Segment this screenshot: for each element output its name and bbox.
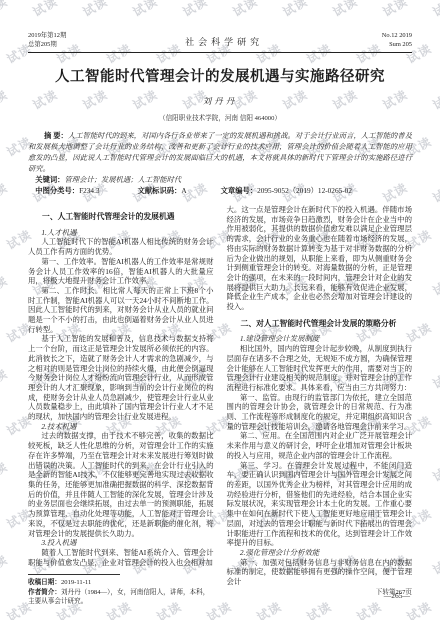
abstract-label: 摘 要： (44, 131, 68, 140)
issue-info-cn: 2019年第12期 总第205期 (28, 31, 66, 49)
received-date-value: 2019-11-11 (61, 579, 91, 586)
right-column: 大。这一点是管理会计在新时代下的投入机遇。伴随市场经济的发展，市场竞争日趋激烈，… (227, 205, 413, 607)
article-id-label: 文章编号： (221, 186, 257, 195)
paragraph: 第二、应用。在全国范围内对企业广泛开展管理会计未来作用与意义的研讨会，呼吁企业增… (227, 431, 413, 460)
keywords-label: 关键词： (35, 175, 64, 184)
paragraph: 第一、监管。由现行的监管部门为依托，建立全国范围内的管理会计协会，就管理会计的日… (227, 393, 413, 432)
article-id-value: 2095-9052（2019）12-0265-02 (257, 186, 352, 195)
clc-value: F234.3 (79, 186, 99, 195)
journal-name: 社会科学研究 (185, 35, 263, 49)
clc-label: 中图分类号： (35, 186, 79, 195)
subsection-heading: 3.投入机遇 (28, 538, 214, 548)
paragraph-continuation: 大。这一点是管理会计在新时代下的投入机遇。伴随市场经济的发展，市场竞争日趋激烈，… (227, 205, 413, 312)
body-columns: 一、人工智能时代管理会计的发展机遇 1.人才机遇 人工智能时代下的智能AI机器人… (28, 205, 412, 607)
article-id-segment: 文章编号：2095-9052（2019）12-0265-02 (221, 186, 352, 195)
paragraph: 第一、工作效率。智能AI机器人的工作效率是常规财务会计人员工作效率的16倍，智能… (28, 257, 214, 286)
subsection-heading: 2.强化管理会计分析效能 (227, 548, 413, 558)
keywords-line: 关键词：管理会计；发展机遇；人工智能时代 (28, 174, 412, 185)
author-affiliation: （信阳职业技术学院，河南 信阳 464000） (28, 112, 412, 122)
received-date-label: 收稿日期： (28, 579, 61, 586)
author-bio-line: 作者简介：刘丹丹（1984—），女，河南信阳人，讲师，本科，主要从事会计研究。 (28, 588, 214, 607)
trial-watermark: 试读 (0, 0, 11, 20)
received-date-line: 收稿日期：2019-11-11 (28, 578, 214, 588)
author-name: 刘丹丹 (28, 95, 412, 107)
left-column: 一、人工智能时代管理会计的发展机遇 1.人才机遇 人工智能时代下的智能AI机器人… (28, 205, 214, 607)
trial-watermark: 试读 (379, 0, 410, 20)
journal-header: 2019年第12期 总第205期 社会科学研究 No.12 2019 Sum 2… (28, 31, 412, 49)
paragraph: 第三、学习。在管理会计发展过程中，不能闭门造车，要正确认识到国内管理会计与国外管… (227, 461, 413, 548)
abstract: 摘 要：人工智能时代的到来，对国内各行各业带来了一定的发展机遇和挑战。对于会计行… (28, 130, 412, 174)
trial-watermark: 试读 (329, 0, 360, 20)
paragraph: 第二、工作时长。相比常人每天的正常上下班8个小时工作制，智能AI机器人可以一天2… (28, 286, 214, 335)
doc-code-value: A (181, 186, 186, 195)
classification-line: 中图分类号：F234.3文献标识码：A文章编号：2095-9052（2019）1… (28, 185, 412, 196)
paragraph: 基于人工智能的发展和普及，信息技术与数据支持将上一个台阶，而这正是管理会计发展所… (28, 334, 214, 421)
issue-sum-en: Sum 205 (382, 40, 412, 49)
trial-watermark: 试读 (29, 0, 60, 20)
issue-total-number: 总第205期 (28, 40, 66, 49)
author-bio-label: 作者简介： (28, 589, 61, 596)
section-heading-1: 一、人工智能时代管理会计的发展机遇 (28, 212, 214, 222)
paragraph: 第一、加强对包括财务信息与非财务信息在内的数据标准的制定，使数据能够拥有更强的操… (227, 558, 413, 587)
subsection-heading: 1.人才机遇 (28, 228, 214, 238)
section-heading-2: 二、对人工智能时代管理会计发展的策略分析 (227, 319, 413, 329)
abstract-text: 人工智能时代的到来，对国内各行各业带来了一定的发展机遇和挑战。对于会计行业而言，… (28, 131, 412, 173)
trial-watermark: 试读 (229, 0, 260, 20)
paragraph: 人工智能时代下的智能AI机器人相比传统的财务会计人员工作有两方面的优势。 (28, 237, 214, 256)
trial-watermark: 试读 (129, 0, 160, 20)
doc-code-segment: 文献标识码：A (138, 186, 187, 195)
issue-year-number: 2019年第12期 (28, 31, 66, 40)
paragraph: 过去的数据支撑，由于技术不够完善，收集的数据比较死板，缺乏人性化思维的分析，对管… (28, 431, 214, 538)
page-content: 2019年第12期 总第205期 社会科学研究 No.12 2019 Sum 2… (0, 31, 440, 607)
clc-segment: 中图分类号：F234.3 (35, 186, 99, 195)
paragraph: 相比国外，国内的管理会计起步较晚，从制度到执行层面存在诸多不合理之处，无规矩不成… (227, 344, 413, 393)
paragraph: 随着人工智能时代到来、智能AI系统介入、管理会计职能与价值愈发凸显，企业对管理会… (28, 548, 214, 567)
issue-info-en: No.12 2019 Sum 205 (382, 31, 412, 49)
trial-watermark: 试读 (429, 0, 440, 20)
doc-code-label: 文献标识码： (138, 186, 182, 195)
keywords-text: 管理会计；发展机遇；人工智能时代 (64, 175, 181, 184)
trial-watermark: 试读 (279, 0, 310, 20)
trial-watermark: 试读 (79, 0, 110, 20)
subsection-heading: 2.技术机遇 (28, 422, 214, 432)
footnote: 收稿日期：2019-11-11 作者简介：刘丹丹（1984—），女，河南信阳人，… (28, 574, 214, 607)
article-title: 人工智能时代管理会计的发展机遇与实施路径研究 (28, 65, 412, 86)
subsection-heading: 1.建设管理会计发展制度 (227, 334, 413, 344)
footnote-divider (28, 574, 120, 575)
header-divider (28, 52, 412, 53)
trial-watermark: 试读 (179, 0, 210, 20)
issue-number-en: No.12 2019 (382, 31, 412, 40)
paper-page: 试读试读试读试读试读试读试读试读试读试读试读试读试读试读试读试读试读试读试读试读… (0, 0, 440, 620)
page-number: —265— (384, 591, 410, 600)
